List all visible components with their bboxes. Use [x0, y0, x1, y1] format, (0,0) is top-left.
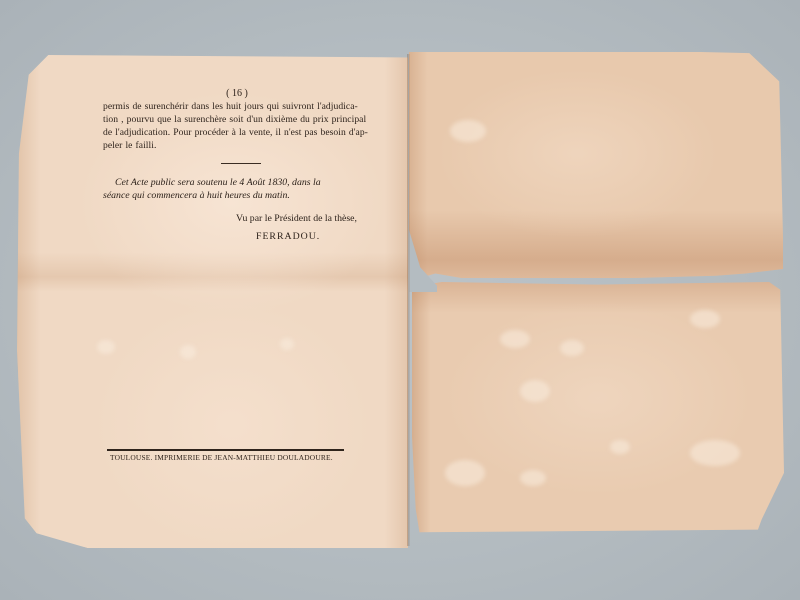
- section-divider: [221, 163, 261, 164]
- stain: [520, 380, 550, 402]
- page-number: ( 16 ): [111, 88, 363, 100]
- right-page-bottom-half: [412, 282, 784, 540]
- photo-stage: ( 16 ) permis de surenchérir dans les hu…: [0, 0, 800, 600]
- body-paragraph: permis de surenchérir dans les huit jour…: [103, 100, 363, 152]
- stain: [520, 470, 546, 486]
- stain: [610, 440, 630, 454]
- body-line: de l'adjudication. Pour procéder à la ve…: [103, 126, 363, 139]
- body-line: permis de surenchérir dans les huit jour…: [103, 100, 363, 113]
- stain: [180, 345, 196, 359]
- notice-line: séance qui commencera à huit heures du m…: [103, 189, 363, 202]
- body-line: tion , pourvu que la surenchère soit d'u…: [103, 113, 363, 126]
- stain: [445, 460, 485, 486]
- signatory-name: FERRADOU.: [256, 230, 363, 243]
- center-fold: [407, 54, 410, 546]
- stain: [97, 340, 115, 354]
- printer-imprint: TOULOUSE. IMPRIMERIE DE JEAN-MATTHIEU DO…: [110, 453, 350, 463]
- document-text: ( 16 ) permis de surenchérir dans les hu…: [103, 88, 363, 243]
- right-page-top-half: [409, 52, 783, 278]
- stain: [690, 310, 720, 328]
- defense-notice: Cet Acte public sera soutenu le 4 Août 1…: [103, 176, 363, 202]
- stain: [450, 120, 486, 142]
- body-line: peler le failli.: [103, 139, 363, 152]
- stain: [280, 338, 294, 350]
- approval-line: Vu par le Président de la thèse,: [103, 212, 363, 225]
- notice-line: Cet Acte public sera soutenu le 4 Août 1…: [103, 176, 363, 189]
- stain: [500, 330, 530, 348]
- imprint-rule: [107, 449, 344, 451]
- stain: [690, 440, 740, 466]
- stain: [560, 340, 584, 356]
